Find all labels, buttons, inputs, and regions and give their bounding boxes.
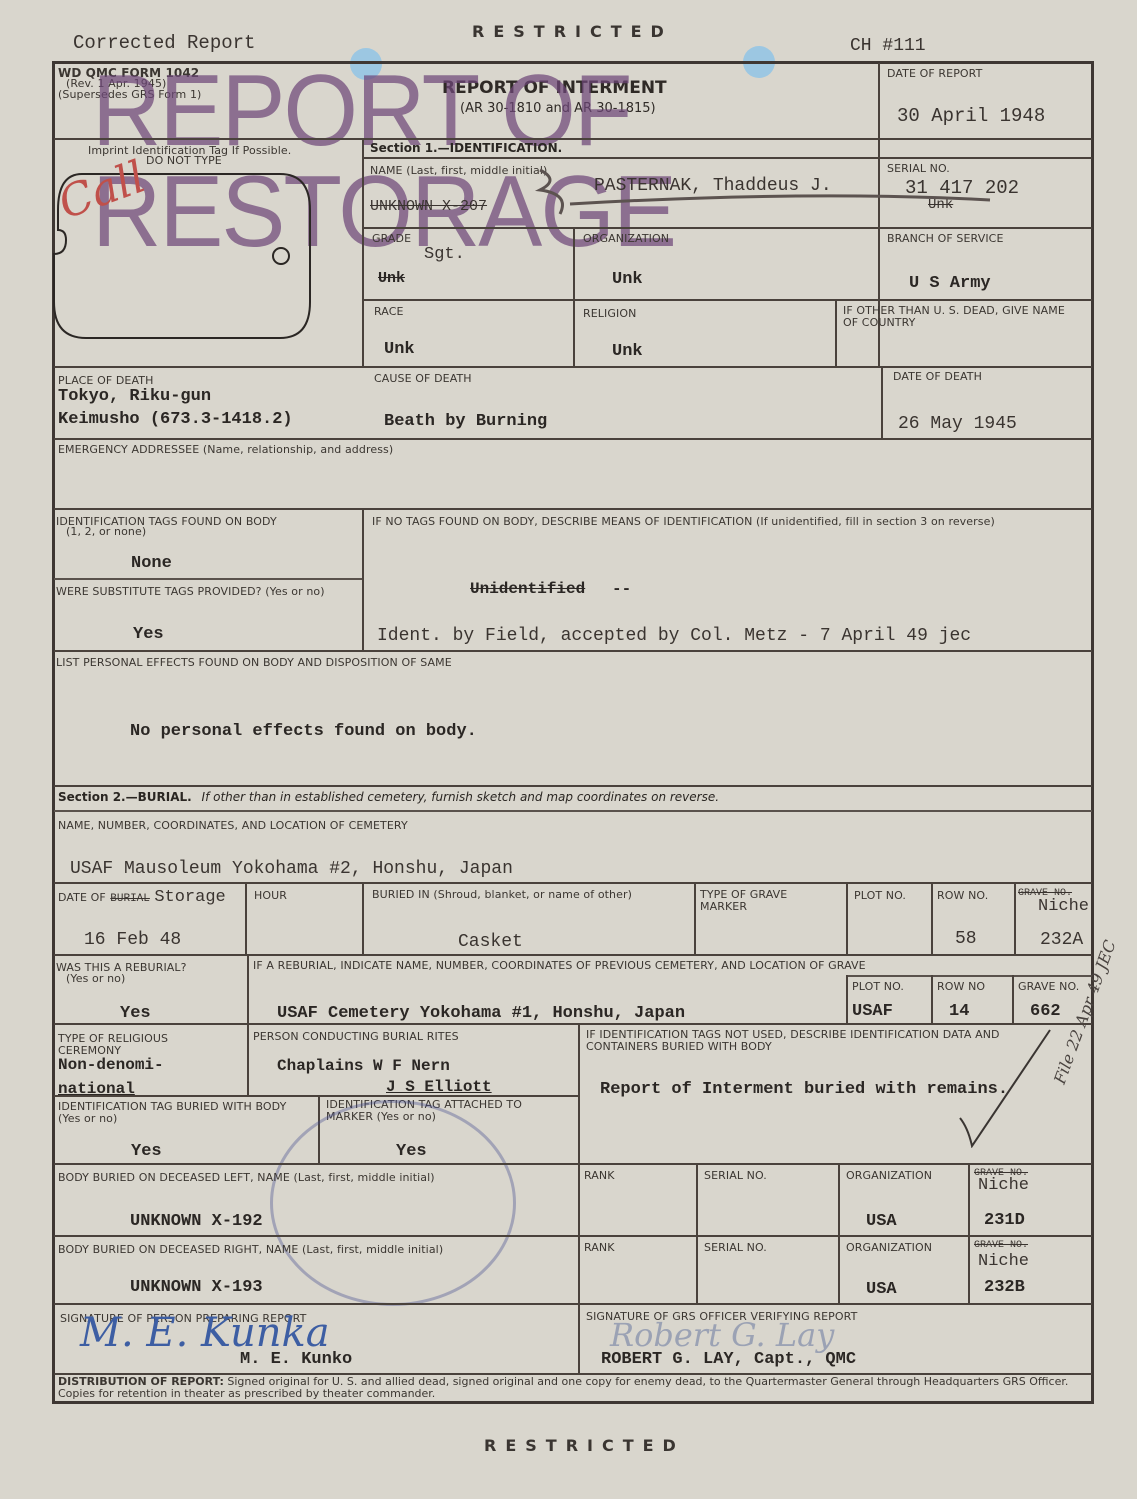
cemetery-label: NAME, NUMBER, COORDINATES, AND LOCATION … — [58, 820, 408, 832]
date-label-row: DATE OF BURIAL Storage — [58, 888, 226, 907]
divider — [362, 157, 1092, 159]
right-grave-label-struck: GRAVE NO. — [974, 1240, 1028, 1251]
prev-row-label: ROW NO — [937, 981, 985, 993]
section1-title: Section 1.—IDENTIFICATION. — [370, 141, 562, 155]
restricted-top: RESTRICTED — [472, 22, 673, 41]
tag-instruction-2: DO NOT TYPE — [146, 155, 222, 167]
grade-struck: Unk — [378, 270, 405, 287]
hour-label: HOUR — [254, 890, 287, 902]
divider — [54, 1095, 578, 1097]
tag-buried-value: Yes — [131, 1142, 162, 1161]
postmark-stamp — [270, 1100, 516, 1306]
divider — [931, 975, 933, 1023]
means-label: IF NO TAGS FOUND ON BODY, DESCRIBE MEANS… — [372, 516, 995, 528]
right-grave-label-typed: Niche — [978, 1252, 1029, 1271]
religion-value: Unk — [612, 342, 643, 361]
prev-plot-label: PLOT NO. — [852, 981, 904, 993]
divider — [54, 366, 1092, 368]
divider — [54, 650, 1092, 652]
date-label-struck: BURIAL — [110, 893, 150, 905]
left-rank-label: RANK — [584, 1170, 615, 1182]
reburial-value: Yes — [120, 1004, 151, 1023]
divider — [54, 438, 1092, 440]
reburial-sub: (Yes or no) — [66, 973, 125, 985]
preparer-name: M. E. Kunko — [240, 1350, 352, 1369]
effects-label: LIST PERSONAL EFFECTS FOUND ON BODY AND … — [56, 657, 452, 669]
date-of-death-value: 26 May 1945 — [898, 414, 1017, 434]
prev-row-value: 14 — [949, 1002, 969, 1021]
right-serial-label: SERIAL NO. — [704, 1242, 767, 1254]
organization-value: Unk — [612, 270, 643, 289]
row-label: ROW NO. — [937, 890, 988, 902]
divider — [54, 1163, 1092, 1165]
corrected-report-note: Corrected Report — [73, 32, 255, 54]
left-grave-label-typed: Niche — [978, 1176, 1029, 1195]
cemetery-value: USAF Mausoleum Yokohama #2, Honshu, Japa… — [70, 859, 513, 879]
place-of-death-line1: Tokyo, Riku-gun — [58, 387, 211, 406]
officer-name: ROBERT G. LAY, Capt., QMC — [601, 1350, 856, 1369]
ceremony-label: TYPE OF RELIGIOUS CEREMONY — [58, 1033, 188, 1057]
divider — [54, 1235, 1092, 1237]
officer-signature: Robert G. Lay — [610, 1316, 834, 1354]
divider — [696, 1163, 698, 1303]
place-of-death-line2: Keimusho (673.3-1418.2) — [58, 410, 293, 429]
divider — [247, 954, 249, 1024]
divider — [54, 138, 1092, 140]
date-of-death-label: DATE OF DEATH — [893, 371, 982, 383]
buried-in-label: BURIED IN (Shroud, blanket, or name of o… — [372, 889, 632, 901]
divider — [54, 1303, 1092, 1305]
race-value: Unk — [384, 340, 415, 359]
date-value: 16 Feb 48 — [84, 930, 181, 950]
tags-found-sub: (1, 2, or none) — [66, 526, 146, 538]
section2-note: If other than in established cemetery, f… — [202, 790, 720, 804]
divider — [881, 366, 883, 438]
divider — [578, 1163, 580, 1373]
substitute-label: WERE SUBSTITUTE TAGS PROVIDED? (Yes or n… — [56, 586, 325, 598]
right-name: UNKNOWN X-193 — [130, 1278, 263, 1297]
prev-value: USAF Cemetery Yokohama #1, Honshu, Japan — [277, 1004, 685, 1023]
emergency-label: EMERGENCY ADDRESSEE (Name, relationship,… — [58, 444, 393, 456]
grade-label: GRADE — [372, 233, 411, 245]
row-value: 58 — [955, 929, 977, 949]
grave-label-typed: Niche — [1038, 897, 1089, 916]
section2-title-row: Section 2.—BURIAL. If other than in esta… — [58, 790, 719, 804]
divider — [54, 508, 1092, 510]
branch-value: U S Army — [909, 274, 991, 293]
divider — [362, 138, 364, 368]
section2-title: Section 2.—BURIAL. — [58, 790, 192, 804]
divider — [54, 954, 1092, 956]
divider — [245, 882, 247, 954]
right-org-label: ORGANIZATION — [846, 1242, 932, 1254]
distribution-note: DISTRIBUTION OF REPORT: Signed original … — [58, 1376, 1082, 1400]
divider — [247, 1023, 249, 1095]
grave-value: 232A — [1040, 930, 1083, 950]
divider — [362, 508, 364, 650]
divider — [931, 882, 933, 954]
divider — [968, 1163, 970, 1303]
divider — [846, 975, 1092, 977]
effects-value: No personal effects found on body. — [130, 722, 477, 741]
right-org: USA — [866, 1280, 897, 1299]
date-label-typed: Storage — [154, 888, 225, 907]
cause-of-death-value: Beath by Burning — [384, 412, 547, 431]
divider — [846, 882, 848, 954]
right-grave: 232B — [984, 1278, 1025, 1297]
divider — [578, 1023, 580, 1163]
case-number: CH #111 — [850, 36, 926, 56]
left-serial-label: SERIAL NO. — [704, 1170, 767, 1182]
left-label: BODY BURIED ON DECEASED LEFT, NAME (Last… — [58, 1172, 435, 1184]
religion-label: RELIGION — [583, 308, 636, 320]
marker-label: TYPE OF GRAVE MARKER — [700, 889, 810, 913]
divider — [838, 1163, 840, 1303]
divider — [54, 810, 1092, 812]
left-name: UNKNOWN X-192 — [130, 1212, 263, 1231]
name-struck: UNKNOWN X-207 — [370, 198, 487, 215]
divider — [54, 578, 362, 580]
left-org: USA — [866, 1212, 897, 1231]
left-org-label: ORGANIZATION — [846, 1170, 932, 1182]
substitute-value: Yes — [133, 625, 164, 644]
right-rank-label: RANK — [584, 1242, 615, 1254]
prev-grave-label: GRAVE NO. — [1018, 981, 1079, 993]
pencil-correction-line — [510, 160, 1010, 230]
grade-value: Sgt. — [424, 245, 465, 264]
divider — [362, 227, 1092, 229]
prev-label: IF A REBURIAL, INDICATE NAME, NUMBER, CO… — [253, 960, 866, 972]
divider — [362, 882, 364, 954]
prev-grave-value: 662 — [1030, 1002, 1061, 1021]
divider — [573, 227, 575, 367]
plot-label: PLOT NO. — [854, 890, 906, 902]
ceremony-line1: Non-denomi- — [58, 1056, 164, 1074]
divider — [54, 882, 1092, 884]
organization-label: ORGANIZATION — [583, 233, 669, 245]
divider — [694, 882, 696, 954]
means-value: Ident. by Field, accepted by Col. Metz -… — [377, 626, 971, 646]
divider — [1012, 975, 1014, 1023]
buried-in-value: Casket — [458, 932, 523, 952]
divider — [54, 1023, 1092, 1025]
date-of-report-label: DATE OF REPORT — [887, 68, 982, 80]
race-label: RACE — [374, 306, 404, 318]
cause-of-death-label: CAUSE OF DEATH — [374, 373, 472, 385]
means-struck: Unidentified — [470, 580, 585, 598]
tag-buried-label: IDENTIFICATION TAG BURIED WITH BODY (Yes… — [58, 1101, 298, 1125]
restricted-bottom: RESTRICTED — [484, 1436, 685, 1455]
check-mark — [950, 1028, 1060, 1148]
date-label: DATE OF — [58, 891, 106, 904]
divider — [362, 299, 1092, 301]
country-label: IF OTHER THAN U. S. DEAD, GIVE NAME OF C… — [843, 305, 1073, 329]
divider — [835, 299, 837, 367]
right-label: BODY BURIED ON DECEASED RIGHT, NAME (Las… — [58, 1244, 443, 1256]
prev-plot-value: USAF — [852, 1002, 893, 1021]
rites-line1: Chaplains W F Nern — [277, 1057, 450, 1075]
place-of-death-label: PLACE OF DEATH — [58, 375, 153, 387]
date-of-report: 30 April 1948 — [897, 105, 1045, 127]
branch-label: BRANCH OF SERVICE — [887, 233, 1004, 245]
rites-label: PERSON CONDUCTING BURIAL RITES — [253, 1031, 459, 1043]
divider — [846, 975, 848, 1023]
divider — [1014, 882, 1016, 954]
tags-found-value: None — [131, 554, 172, 573]
rites-line2: J S Elliott — [386, 1078, 492, 1096]
id-data-value: Report of Interment buried with remains. — [600, 1080, 1008, 1099]
divider — [54, 785, 1092, 787]
left-grave: 231D — [984, 1211, 1025, 1230]
means-struck-suffix: -- — [612, 580, 631, 598]
